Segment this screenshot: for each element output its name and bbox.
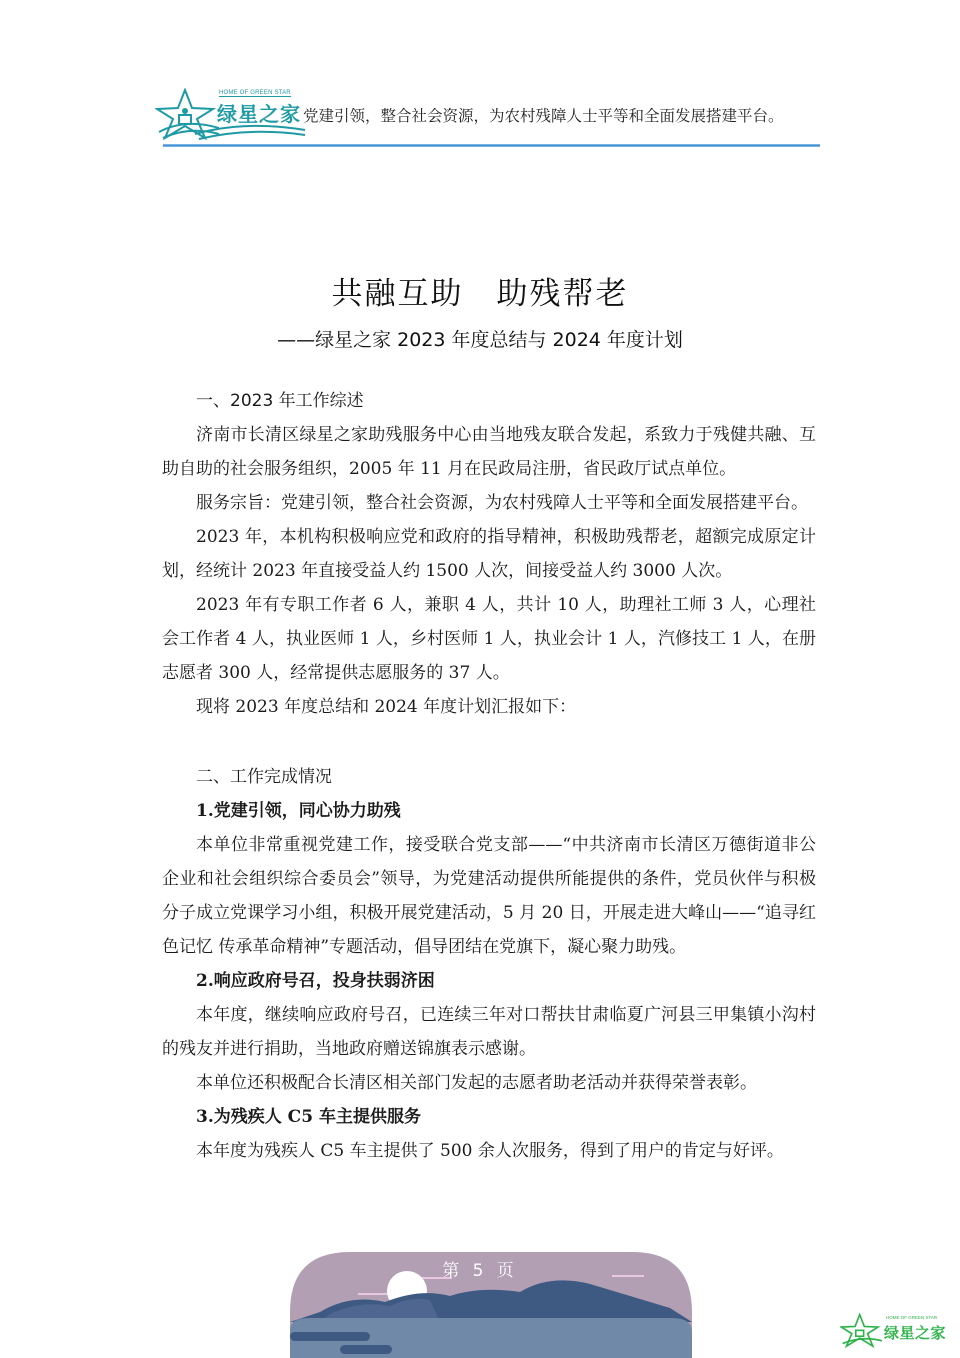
header-slogan: 党建引领，整合社会资源，为农村残障人士平等和全面发展搭建平台。 <box>303 104 784 126</box>
paragraph: 2023 年有专职工作者 6 人，兼职 4 人，共计 10 人，助理社工师 3 … <box>162 588 816 690</box>
footer-logo-chinese: 绿星之家 <box>884 1322 946 1343</box>
footer-logo: HOME OF GREEN STAR 绿星之家 <box>840 1312 955 1354</box>
paragraph: 本单位非常重视党建工作，接受联合党支部——“中共济南市长清区万德街道非公企业和社… <box>162 828 816 964</box>
subsection-heading: 1.党建引领，同心协力助残 <box>162 794 816 828</box>
header-divider <box>163 144 820 147</box>
paragraph: 本单位还积极配合长清区相关部门发起的志愿者助老活动并获得荣誉表彰。 <box>162 1066 816 1100</box>
logo-wave-icon <box>195 122 305 140</box>
section-heading: 一、2023 年工作综述 <box>162 384 816 418</box>
header-logo: HOME OF GREEN STAR 绿星之家 <box>155 88 305 140</box>
page-header: HOME OF GREEN STAR 绿星之家 党建引领，整合社会资源，为农村残… <box>155 88 820 148</box>
section-heading: 二、工作完成情况 <box>162 760 816 794</box>
green-star-logo-icon <box>840 1312 882 1350</box>
paragraph: 本年度为残疾人 C5 车主提供了 500 余人次服务，得到了用户的肯定与好评。 <box>162 1134 816 1168</box>
document-body: 一、2023 年工作综述 济南市长清区绿星之家助残服务中心由当地残友联合发起，系… <box>162 384 816 1168</box>
document-title: 共融互助 助残帮老 <box>0 268 960 313</box>
paragraph: 现将 2023 年度总结和 2024 年度计划汇报如下： <box>162 690 816 724</box>
subsection-heading: 3.为残疾人 C5 车主提供服务 <box>162 1100 816 1134</box>
paragraph: 本年度，继续响应政府号召，已连续三年对口帮扶甘肃临夏广河县三甲集镇小沟村的残友并… <box>162 998 816 1066</box>
footer-logo-english: HOME OF GREEN STAR <box>886 1315 937 1320</box>
document-subtitle: ——绿星之家 2023 年度总结与 2024 年度计划 <box>0 325 960 352</box>
paragraph: 服务宗旨：党建引领，整合社会资源，为农村残障人士平等和全面发展搭建平台。 <box>162 486 816 520</box>
logo-english-text: HOME OF GREEN STAR <box>219 90 291 97</box>
paragraph: 济南市长清区绿星之家助残服务中心由当地残友联合发起，系致力于残健共融、互助自助的… <box>162 418 816 486</box>
page-number: 第 5 页 <box>0 1256 960 1281</box>
subsection-heading: 2.响应政府号召，投身扶弱济困 <box>162 964 816 998</box>
paragraph: 2023 年，本机构积极响应党和政府的指导精神，积极助残帮老，超额完成原定计划，… <box>162 520 816 588</box>
